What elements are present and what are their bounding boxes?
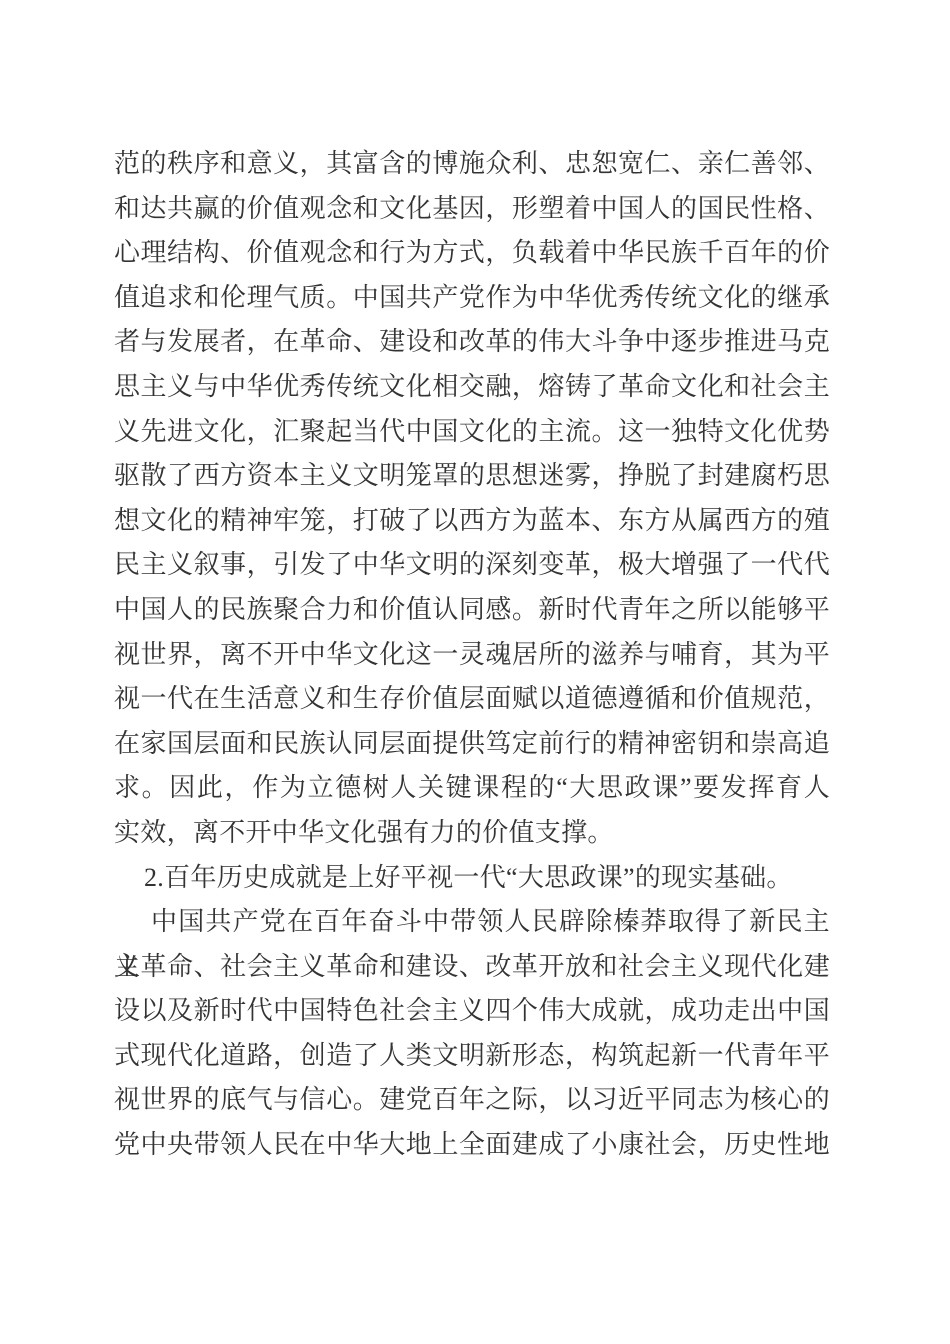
text-line: 视一代在生活意义和生存价值层面赋以道德遵循和价值规范，	[114, 677, 830, 722]
document-page: 范的秩序和意义，其富含的博施众利、忠恕宽仁、亲仁善邻、 和达共赢的价值观念和文化…	[0, 0, 950, 1344]
text-line: 视世界，离不开中华文化这一灵魂居所的滋养与哺育，其为平	[114, 633, 830, 678]
text-line: 思主义与中华优秀传统文化相交融，熔铸了革命文化和社会主	[114, 365, 830, 410]
text-line: 设以及新时代中国特色社会主义四个伟大成就，成功走出中国	[114, 989, 830, 1034]
paragraph-continuation: 范的秩序和意义，其富含的博施众利、忠恕宽仁、亲仁善邻、 和达共赢的价值观念和文化…	[114, 142, 830, 856]
text-line: 中国人的民族聚合力和价值认同感。新时代青年之所以能够平	[114, 588, 830, 633]
paragraph-body: 中国共产党在百年奋斗中带领人民辟除榛莽取得了新民主主 义革命、社会主义革命和建设…	[114, 900, 830, 1168]
text-line: 值追求和伦理气质。中国共产党作为中华优秀传统文化的继承	[114, 276, 830, 321]
text-line: 党中央带领人民在中华大地上全面建成了小康社会，历史性地	[114, 1123, 830, 1168]
text-line: 中国共产党在百年奋斗中带领人民辟除榛莽取得了新民主主	[114, 900, 830, 945]
text-line: 视世界的底气与信心。建党百年之际，以习近平同志为核心的	[114, 1078, 830, 1123]
text-line: 者与发展者，在革命、建设和改革的伟大斗争中逐步推进马克	[114, 320, 830, 365]
section-heading: 2.百年历史成就是上好平视一代“大思政课”的现实基础。	[114, 856, 830, 901]
text-line: 心理结构、价值观念和行为方式，负载着中华民族千百年的价	[114, 231, 830, 276]
text-line: 求。因此，作为立德树人关键课程的“大思政课”要发挥育人	[114, 766, 830, 811]
text-line: 和达共赢的价值观念和文化基因，形塑着中国人的国民性格、	[114, 187, 830, 232]
text-line: 范的秩序和意义，其富含的博施众利、忠恕宽仁、亲仁善邻、	[114, 142, 830, 187]
text-line: 义先进文化，汇聚起当代中国文化的主流。这一独特文化优势	[114, 410, 830, 455]
paragraph-heading-2: 2.百年历史成就是上好平视一代“大思政课”的现实基础。	[114, 856, 830, 901]
body-text: 范的秩序和意义，其富含的博施众利、忠恕宽仁、亲仁善邻、 和达共赢的价值观念和文化…	[114, 142, 830, 1168]
text-line: 民主义叙事，引发了中华文明的深刻变革，极大增强了一代代	[114, 543, 830, 588]
text-line: 式现代化道路，创造了人类文明新形态，构筑起新一代青年平	[114, 1034, 830, 1079]
text-line: 实效，离不开中华文化强有力的价值支撑。	[114, 811, 830, 856]
text-line: 在家国层面和民族认同层面提供笃定前行的精神密钥和崇高追	[114, 722, 830, 767]
text-line: 义革命、社会主义革命和建设、改革开放和社会主义现代化建	[114, 945, 830, 990]
text-line: 驱散了西方资本主义文明笼罩的思想迷雾，挣脱了封建腐朽思	[114, 454, 830, 499]
text-line: 想文化的精神牢笼，打破了以西方为蓝本、东方从属西方的殖	[114, 499, 830, 544]
